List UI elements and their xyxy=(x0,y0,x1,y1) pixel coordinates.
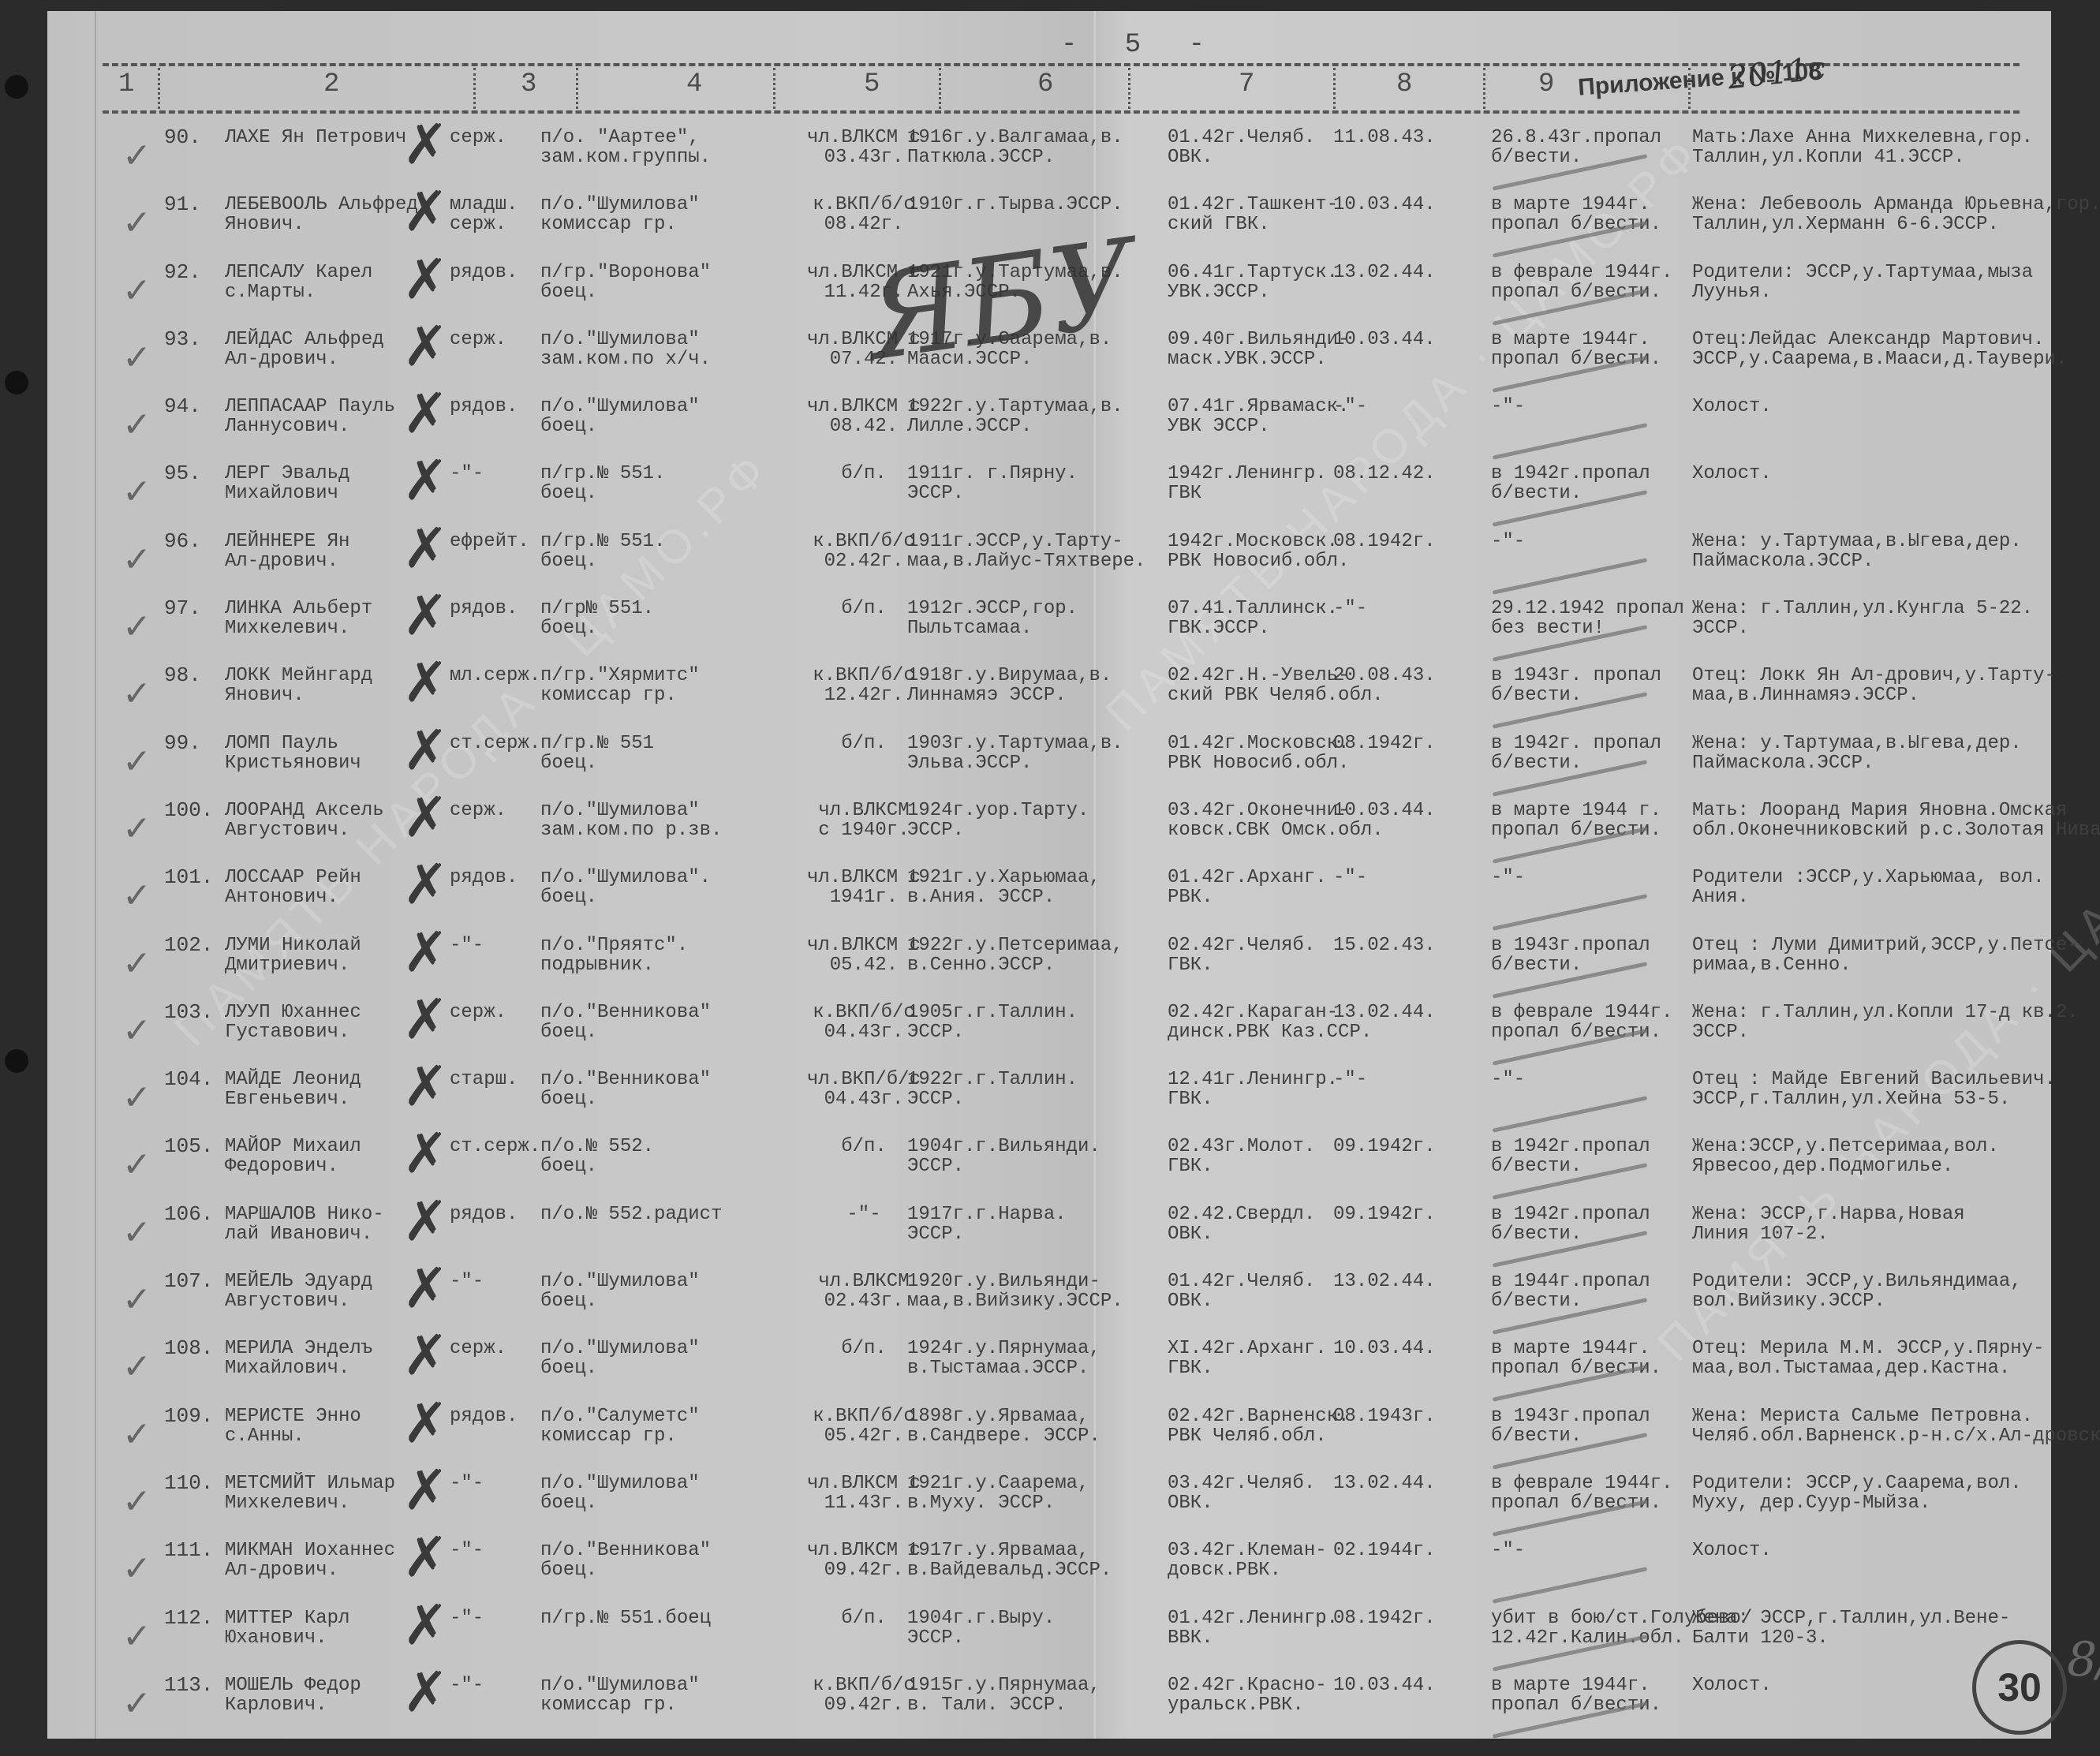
relatives-address: Жена: г.Таллин,ул.Кунгла 5-22. ЭССР. xyxy=(1692,599,2071,638)
unit-position: п/о."Шумилова" боец. xyxy=(540,1339,777,1378)
rank: мл.серж. xyxy=(450,666,536,686)
row-number: 104. xyxy=(164,1070,211,1089)
checkmark-icon: ✓ xyxy=(122,742,151,782)
table-row: ✓ ✗ 104. МАЙДЕ Леонид Евгеньевич. старш.… xyxy=(103,1070,2020,1137)
date: 08.12.42. xyxy=(1333,464,1459,484)
fate: в марте 1944г. пропал б/вести. xyxy=(1491,195,1696,234)
checkmark-icon: ✓ xyxy=(122,271,151,311)
row-number: 97. xyxy=(164,599,211,618)
rank: младш. серж. xyxy=(450,195,536,234)
birth-year-place: 1903г.у.Тартумаа,в. Эльва.ЭССР. xyxy=(907,734,1191,773)
unit-position: п/о."Шумилова" зам.ком.по х/ч. xyxy=(540,330,777,369)
row-number: 111. xyxy=(164,1541,211,1560)
full-name: ЛЕЙДАС Альфред Ал-дрович. xyxy=(225,330,469,369)
rank: серж. xyxy=(450,330,536,349)
birth-year-place: 1911г.ЭССР,у.Тарту- маа,в.Лайус-Тяхтвере… xyxy=(907,532,1191,571)
column-header: 5 xyxy=(864,69,880,99)
full-name: ЛУУП Юханнес Густавович. xyxy=(225,1003,469,1042)
relatives-address: Родители :ЭССР,у.Харьюмаа, вол. Ания. xyxy=(1692,868,2071,907)
unit-position: п/о."Шумилова". боец. xyxy=(540,868,777,907)
fate: 29.12.1942 пропал без вести! xyxy=(1491,599,1696,638)
date: -"- xyxy=(1333,397,1459,417)
row-number: 96. xyxy=(164,532,211,551)
birth-year-place: 1922г.у.Петсеримаа, в.Сенно.ЭССР. xyxy=(907,936,1191,975)
column-header: 7 xyxy=(1239,69,1254,99)
birth-year-place: 1921г.у.Харьюмаа, в.Ания. ЭССР. xyxy=(907,868,1191,907)
row-number: 108. xyxy=(164,1339,211,1358)
row-number: 91. xyxy=(164,195,211,215)
full-name: МЕРИЛА Энделъ Михайлович. xyxy=(225,1339,469,1378)
row-number: 107. xyxy=(164,1272,211,1291)
date: 13.02.44. xyxy=(1333,1272,1459,1291)
rank: серж. xyxy=(450,1003,536,1022)
date: 10.03.44. xyxy=(1333,1339,1459,1358)
date: 10.03.44. xyxy=(1333,330,1459,349)
unit-position: п/о."Венникова" боец. xyxy=(540,1541,777,1580)
relatives-address: Жена: у.Тартумаа,в.Ыгева,дер. Паймаскола… xyxy=(1692,532,2071,571)
checkmark-icon: ✓ xyxy=(122,472,151,512)
full-name: ЛОССААР Рейн Антонович. xyxy=(225,868,469,907)
column-header: 6 xyxy=(1037,69,1053,99)
unit-position: п/гр."Хярмитс" комиссар гр. xyxy=(540,666,777,705)
rank: рядов. xyxy=(450,599,536,618)
pencil-underline xyxy=(1493,895,1648,931)
birth-year-place: 1904г.г.Вильянди. ЭССР. xyxy=(907,1137,1191,1176)
full-name: МЕТСМИЙТ Ильмар Михкелевич. xyxy=(225,1474,469,1513)
rank: -"- xyxy=(450,1541,536,1560)
date: -"- xyxy=(1333,599,1459,618)
unit-position: п/о."Пряятс". подрывник. xyxy=(540,936,777,975)
table-row: ✓ ✗ 102. ЛУМИ Николай Дмитриевич. -"- п/… xyxy=(103,936,2020,1003)
fate: -"- xyxy=(1491,868,1696,887)
date: 08.1943г. xyxy=(1333,1407,1459,1426)
unit-position: п/гр.№ 551. боец. xyxy=(540,532,777,571)
relatives-address: Родители: ЭССР,у.Тартумаа,мыза Луунья. xyxy=(1692,263,2071,302)
full-name: ЛЕБЕВООЛЬ Альфред Янович. xyxy=(225,195,469,234)
fate: -"- xyxy=(1491,1541,1696,1560)
relatives-address: Жена: у.Тартумаа,в.Ыгева,дер. Паймаскола… xyxy=(1692,734,2071,773)
unit-position: п/о."Салуметс" комиссар гр. xyxy=(540,1407,777,1446)
punch-hole xyxy=(5,371,28,394)
relatives-address: Холост. xyxy=(1692,397,2071,417)
table-row: ✓ ✗ 103. ЛУУП Юханнес Густавович. серж. … xyxy=(103,1003,2020,1070)
fate: 26.8.43г.пропал б/вести. xyxy=(1491,128,1696,167)
rank: -"- xyxy=(450,1272,536,1291)
birth-year-place: 1924г.у.Пярнумаа, в.Тыстамаа.ЭССР. xyxy=(907,1339,1191,1378)
date: 13.02.44. xyxy=(1333,1003,1459,1022)
checkmark-icon: ✓ xyxy=(122,540,151,580)
rank: ст.серж. xyxy=(450,1137,536,1156)
date: 09.1942г. xyxy=(1333,1205,1459,1224)
row-number: 90. xyxy=(164,128,211,148)
fate: в 1943г.пропал б/вести. xyxy=(1491,936,1696,975)
rank: рядов. xyxy=(450,1205,536,1224)
column-header: 1 xyxy=(118,69,134,99)
full-name: ЛОМП Пауль Кристьянович xyxy=(225,734,469,773)
left-margin-line xyxy=(95,11,96,1739)
pencil-underline xyxy=(1493,1567,1648,1603)
fate: убит в бою/ст.Голубево/ 12.42г.Калин.обл… xyxy=(1491,1608,1696,1648)
checkmark-icon: ✓ xyxy=(122,203,151,243)
fate: в 1942г. пропал б/вести. xyxy=(1491,734,1696,773)
checkmark-icon: ✓ xyxy=(122,1549,151,1589)
unit-position: п/о.№ 552.радист xyxy=(540,1205,777,1224)
fate: в феврале 1944г. пропал б/вести. xyxy=(1491,1474,1696,1513)
row-number: 105. xyxy=(164,1137,211,1156)
fate: в марте 1944г. пропал б/вести. xyxy=(1491,1676,1696,1715)
fate: в феврале 1944г. пропал б/вести. xyxy=(1491,1003,1696,1042)
table-row: ✓ ✗ 96. ЛЕЙННЕРЕ Ян Ал-дрович. ефрейт. п… xyxy=(103,532,2020,599)
full-name: ЛОКК Мейнгард Янович. xyxy=(225,666,469,705)
table-row: ✓ ✗ 101. ЛОССААР Рейн Антонович. рядов. … xyxy=(103,868,2020,935)
checkmark-icon: ✓ xyxy=(122,1011,151,1051)
relatives-address: Родители: ЭССР,у.Вильяндимаа, вол.Вийзик… xyxy=(1692,1272,2071,1311)
relatives-address: Отец: Локк Ян Ал-дрович,у.Тарту- маа,в.Л… xyxy=(1692,666,2071,705)
full-name: МОШЕЛЬ Федор Карлович. xyxy=(225,1676,469,1715)
full-name: МЕРИСТЕ Энно с.Анны. xyxy=(225,1407,469,1446)
relatives-address: Мать:Лахе Анна Михкелевна,гор. Таллин,ул… xyxy=(1692,128,2071,167)
rank: рядов. xyxy=(450,868,536,887)
full-name: ЛЕРГ Эвальд Михайлович xyxy=(225,464,469,503)
table-row: ✓ ✗ 106. МАРШАЛОВ Нико- лай Иванович. ря… xyxy=(103,1205,2020,1272)
date: 02.1944г. xyxy=(1333,1541,1459,1560)
birth-year-place: 1917г.у.Ярвамаа, в.Вайдевальд.ЭССР. xyxy=(907,1541,1191,1580)
unit-position: п/гр.№ 551 боец. xyxy=(540,734,777,773)
checkmark-icon: ✓ xyxy=(122,674,151,714)
date: 13.02.44. xyxy=(1333,263,1459,282)
unit-position: п/о."Венникова" боец. xyxy=(540,1070,777,1109)
table-row: ✓ ✗ 107. МЕЙЕЛЬ Эдуард Августович. -"- п… xyxy=(103,1272,2020,1339)
unit-position: п/гр.№ 551.боец xyxy=(540,1608,777,1628)
fate: в 1942г.пропал б/вести. xyxy=(1491,1205,1696,1244)
fate: в марте 1944г. пропал б/вести. xyxy=(1491,1339,1696,1378)
birth-year-place: 1922г.г.Таллин. ЭССР. xyxy=(907,1070,1191,1109)
fate: в 1943г. пропал б/вести. xyxy=(1491,666,1696,705)
relatives-address: Холост. xyxy=(1692,464,2071,484)
rank: ефрейт. xyxy=(450,532,536,551)
unit-position: п/гр.№ 551. боец. xyxy=(540,464,777,503)
checkmark-icon: ✓ xyxy=(122,405,151,445)
full-name: МЕЙЕЛЬ Эдуард Августович. xyxy=(225,1272,469,1311)
row-number: 112. xyxy=(164,1608,211,1628)
unit-position: п/о. "Аартее", зам.ком.группы. xyxy=(540,128,777,167)
rank: старш. xyxy=(450,1070,536,1089)
relatives-address: Жена: ЭССР,г.Нарва,Новая Линия 107-2. xyxy=(1692,1205,2071,1244)
full-name: МАЙДЕ Леонид Евгеньевич. xyxy=(225,1070,469,1109)
birth-year-place: 1911г. г.Пярну. ЭССР. xyxy=(907,464,1191,503)
table-row: ✓ ✗ 99. ЛОМП Пауль Кристьянович ст.серж.… xyxy=(103,734,2020,801)
date: -"- xyxy=(1333,1070,1459,1089)
column-header: 4 xyxy=(686,69,702,99)
fate: в 1943г.пропал б/вести. xyxy=(1491,1407,1696,1446)
row-number: 109. xyxy=(164,1407,211,1426)
full-name: МИТТЕР Карл Юханович. xyxy=(225,1608,469,1648)
unit-position: п/о."Шумилова" комиссар гр. xyxy=(540,195,777,234)
full-name: ЛИНКА Альберт Михкелевич. xyxy=(225,599,469,638)
full-name: МАЙОР Михаил Федорович. xyxy=(225,1137,469,1176)
checkmark-icon: ✓ xyxy=(122,1145,151,1185)
birth-year-place: 1916г.у.Валгамаа,в. Паткюла.ЭССР. xyxy=(907,128,1191,167)
full-name: ЛЕЙННЕРЕ Ян Ал-дрович. xyxy=(225,532,469,571)
checkmark-icon: ✓ xyxy=(122,1683,151,1724)
date: 13.02.44. xyxy=(1333,1474,1459,1493)
checkmark-icon: ✓ xyxy=(122,1414,151,1455)
table-row: ✓ ✗ 105. МАЙОР Михаил Федорович. ст.серж… xyxy=(103,1137,2020,1204)
relatives-address: Отец : Луми Димитрий,ЭССР,у.Петсе- римаа… xyxy=(1692,936,2071,975)
row-number: 100. xyxy=(164,801,211,820)
table-row: ✓ ✗ 111. МИКМАН Иоханнес Ал-дрович. -"- … xyxy=(103,1541,2020,1608)
date: 20.08.43. xyxy=(1333,666,1459,686)
birth-year-place: 1910г.г.Тырва.ЭССР. xyxy=(907,195,1191,215)
pencil-underline xyxy=(1493,558,1648,594)
archive-page-stamp: 30 xyxy=(1972,1640,2067,1735)
fate: -"- xyxy=(1491,1070,1696,1089)
full-name: МАРШАЛОВ Нико- лай Иванович. xyxy=(225,1205,469,1244)
relatives-address: Отец: Мерила М.М. ЭССР,у.Пярну- маа,вол.… xyxy=(1692,1339,2071,1378)
relatives-address: Родители: ЭССР,у.Саарема,вол. Муху, дер.… xyxy=(1692,1474,2071,1513)
fate: -"- xyxy=(1491,532,1696,551)
checkmark-icon: ✓ xyxy=(122,1481,151,1522)
date: 10.03.44. xyxy=(1333,1676,1459,1695)
unit-position: п/о."Шумилова" боец. xyxy=(540,1272,777,1311)
table-row: ✓ ✗ 94. ЛЕППАСААР Пауль Ланнусович. рядо… xyxy=(103,397,2020,464)
fate: в 1942г.пропал б/вести. xyxy=(1491,464,1696,503)
birth-year-place: 1917г.г.Нарва. ЭССР. xyxy=(907,1205,1191,1244)
row-number: 113. xyxy=(164,1676,211,1695)
row-number: 101. xyxy=(164,868,211,887)
date: 11.08.43. xyxy=(1333,128,1459,148)
birth-year-place: 1898г.у.Ярвамаа, в.Сандвере. ЭССР. xyxy=(907,1407,1191,1446)
fate: в марте 1944 г. пропал б/вести. xyxy=(1491,801,1696,840)
row-number: 99. xyxy=(164,734,211,753)
date: -"- xyxy=(1333,868,1459,887)
table-row: ✓ ✗ 97. ЛИНКА Альберт Михкелевич. рядов.… xyxy=(103,599,2020,666)
rank: -"- xyxy=(450,1608,536,1628)
full-name: ЛЕППАСААР Пауль Ланнусович. xyxy=(225,397,469,436)
rank: серж. xyxy=(450,1339,536,1358)
birth-year-place: 1922г.у.Тартумаа,в. Лилле.ЭССР. xyxy=(907,397,1191,436)
birth-year-place: 1921г.у.Саарема, в.Муху. ЭССР. xyxy=(907,1474,1191,1513)
fate: -"- xyxy=(1491,397,1696,417)
full-name: ЛУМИ Николай Дмитриевич. xyxy=(225,936,469,975)
date: 09.1942г. xyxy=(1333,1137,1459,1156)
relatives-address: Отец : Майде Евгений Васильевич. ЭССР,г.… xyxy=(1692,1070,2071,1109)
table-row: ✓ ✗ 95. ЛЕРГ Эвальд Михайлович -"- п/гр.… xyxy=(103,464,2020,531)
relatives-address: Жена:ЭССР,у.Петсеримаа,вол. Ярвесоо,дер.… xyxy=(1692,1137,2071,1176)
checkmark-icon: ✓ xyxy=(122,1616,151,1657)
rank: -"- xyxy=(450,1676,536,1695)
rank: рядов. xyxy=(450,263,536,282)
table-row: ✓ ✗ 98. ЛОКК Мейнгард Янович. мл.серж. п… xyxy=(103,666,2020,733)
rank: серж. xyxy=(450,128,536,148)
rank: ст.серж. xyxy=(450,734,536,753)
checkmark-icon: ✓ xyxy=(122,338,151,378)
checkmark-icon: ✓ xyxy=(122,809,151,849)
birth-year-place: 1920г.у.Вильянди- маа,в.Вийзику.ЭССР. xyxy=(907,1272,1191,1311)
full-name: ЛЕПСАЛУ Карел с.Марты. xyxy=(225,263,469,302)
punch-hole xyxy=(5,1049,28,1073)
full-name: МИКМАН Иоханнес Ал-дрович. xyxy=(225,1541,469,1580)
full-name: ЛООРАНД Аксель Августович. xyxy=(225,801,469,840)
relatives-address: Холост. xyxy=(1692,1541,2071,1560)
full-name: ЛАХЕ Ян Петрович xyxy=(225,128,469,148)
table-row: ✓ ✗ 112. МИТТЕР Карл Юханович. -"- п/гр.… xyxy=(103,1608,2020,1676)
rank: серж. xyxy=(450,801,536,820)
row-number: 94. xyxy=(164,397,211,417)
date: 10.03.44. xyxy=(1333,801,1459,820)
checkmark-icon: ✓ xyxy=(122,1212,151,1253)
birth-year-place: 1915г.у.Пярнумаа, в. Тали. ЭССР. xyxy=(907,1676,1191,1715)
relatives-address: Жена: Мериста Сальме Петровна. Челяб.обл… xyxy=(1692,1407,2071,1446)
row-number: 110. xyxy=(164,1474,211,1493)
unit-position: п/о."Венникова" боец. xyxy=(540,1003,777,1042)
relatives-address: Отец:Лейдас Александр Мартович. ЭССР,у.С… xyxy=(1692,330,2071,369)
handwritten-sheet-number: 8/1 xyxy=(2067,1632,2100,1687)
checkmark-icon: ✓ xyxy=(122,136,151,176)
checkmark-icon: ✓ xyxy=(122,1078,151,1118)
table-row: ✓ ✗ 110. МЕТСМИЙТ Ильмар Михкелевич. -"-… xyxy=(103,1474,2020,1541)
fate: в марте 1944г. пропал б/вести. xyxy=(1491,330,1696,369)
birth-year-place: 1918г.у.Вирумаа,в. Линнамяэ ЭССР. xyxy=(907,666,1191,705)
column-header: 2 xyxy=(323,69,339,99)
unit-position: п/о."Шумилова" комиссар гр. xyxy=(540,1676,777,1715)
unit-position: п/о."Шумилова" боец. xyxy=(540,397,777,436)
archival-document-page: ПАМЯТЬ НАРОДА · ЦАМО.РФ ПАМЯТЬ НАРОДА · … xyxy=(47,11,2051,1739)
checkmark-icon: ✓ xyxy=(122,943,151,984)
row-number: 103. xyxy=(164,1003,211,1022)
table-row: ✓ ✗ 90. ЛАХЕ Ян Петрович серж. п/о. "Аар… xyxy=(103,128,2020,195)
date: 10.03.44. xyxy=(1333,195,1459,215)
fate: в 1942г.пропал б/вести. xyxy=(1491,1137,1696,1176)
unit-position: п/о."Шумилова" боец. xyxy=(540,1474,777,1513)
fate: в феврале 1944г. пропал б/вести. xyxy=(1491,263,1696,302)
column-header: 9 xyxy=(1538,69,1554,99)
birth-year-place: 1904г.г.Выру. ЭССР. xyxy=(907,1608,1191,1648)
unit-position: п/гр."Воронова" боец. xyxy=(540,263,777,302)
page-number: - 5 - xyxy=(1061,30,1220,60)
fate: в 1944г.пропал б/вести. xyxy=(1491,1272,1696,1311)
rank: рядов. xyxy=(450,397,536,417)
pencil-underline xyxy=(1493,1096,1648,1132)
checkmark-icon: ✓ xyxy=(122,876,151,916)
row-number: 93. xyxy=(164,330,211,349)
header-rule-bottom xyxy=(103,110,2020,114)
date: 08.1942г. xyxy=(1333,1608,1459,1628)
date: 08.1942г. xyxy=(1333,734,1459,753)
unit-position: п/о."Шумилова" зам.ком.по р.зв. xyxy=(540,801,777,840)
row-number: 106. xyxy=(164,1205,211,1224)
table-row: ✓ ✗ 109. МЕРИСТЕ Энно с.Анны. рядов. п/о… xyxy=(103,1407,2020,1474)
relatives-address: Жена: Лебевооль Арманда Юрьевна,гор. Тал… xyxy=(1692,195,2071,234)
column-header: 8 xyxy=(1396,69,1412,99)
birth-year-place: 1905г.г.Таллин. ЭССР. xyxy=(907,1003,1191,1042)
table-row: ✓ ✗ 108. МЕРИЛА Энделъ Михайлович. серж.… xyxy=(103,1339,2020,1406)
column-header: 3 xyxy=(521,69,536,99)
birth-year-place: 1924г.уор.Тарту. ЭССР. xyxy=(907,801,1191,840)
table-row: ✓ ✗ 113. МОШЕЛЬ Федор Карлович. -"- п/о.… xyxy=(103,1676,2020,1743)
row-number: 102. xyxy=(164,936,211,955)
date: 15.02.43. xyxy=(1333,936,1459,955)
rank: -"- xyxy=(450,464,536,484)
unit-position: п/гр№ 551. боец. xyxy=(540,599,777,638)
row-number: 92. xyxy=(164,263,211,282)
unit-position: п/о.№ 552. боец. xyxy=(540,1137,777,1176)
row-number: 95. xyxy=(164,464,211,484)
row-number: 98. xyxy=(164,666,211,686)
punch-hole xyxy=(5,75,28,99)
checkmark-icon: ✓ xyxy=(122,607,151,647)
rank: -"- xyxy=(450,1474,536,1493)
rank: рядов. xyxy=(450,1407,536,1426)
checkmark-icon: ✓ xyxy=(122,1347,151,1387)
personnel-table: ✓ ✗ 90. ЛАХЕ Ян Петрович серж. п/о. "Аар… xyxy=(103,128,2020,1743)
rank: -"- xyxy=(450,936,536,955)
checkmark-icon: ✓ xyxy=(122,1280,151,1320)
table-row: ✓ ✗ 100. ЛООРАНД Аксель Августович. серж… xyxy=(103,801,2020,868)
birth-year-place: 1912г.ЭССР,гор. Пыльтсамаа. xyxy=(907,599,1191,638)
pencil-underline xyxy=(1493,423,1648,459)
relatives-address: Мать: Лооранд Мария Яновна.Омская обл.Ок… xyxy=(1692,801,2071,840)
relatives-address: Жена: г.Таллин,ул.Копли 17-д кв.2. ЭССР. xyxy=(1692,1003,2071,1042)
date: 08.1942г. xyxy=(1333,532,1459,551)
